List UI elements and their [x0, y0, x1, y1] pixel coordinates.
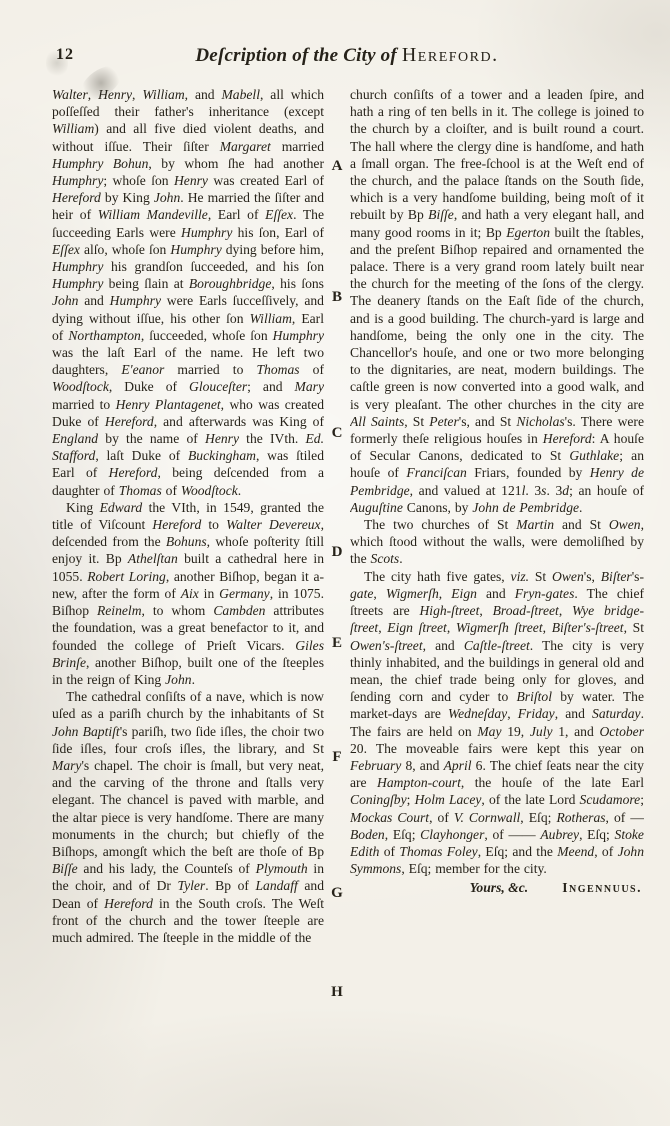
margin-letter-c: C	[332, 425, 343, 442]
margin-letter-h: H	[331, 984, 343, 1001]
paragraph: The cathedral conſiſts of a nave, which …	[52, 688, 324, 946]
page-header: 12 Deſcription of the City of Hereford.	[52, 44, 642, 74]
paragraph: The two churches of St Martin and St Owe…	[350, 516, 644, 568]
right-column: church conſiſts of a tower and a leaden …	[350, 86, 644, 1102]
page-title: Deſcription of the City of Hereford.	[52, 44, 642, 67]
paragraph: King Edward the VIth, in 1549, granted t…	[52, 499, 324, 688]
title-caps-part: Hereford.	[402, 44, 499, 66]
book-page: 12 Deſcription of the City of Hereford. …	[0, 0, 670, 1126]
margin-letter-b: B	[332, 289, 342, 306]
two-column-body: Walter, Henry, William, and Mabell, all …	[52, 86, 644, 1102]
paragraph: church conſiſts of a tower and a leaden …	[350, 86, 644, 516]
margin-letter-a: A	[332, 158, 343, 175]
margin-letter-f: F	[332, 749, 341, 766]
margin-letter-gutter: ABCDEFGH	[324, 86, 350, 1102]
paragraph: Walter, Henry, William, and Mabell, all …	[52, 86, 324, 499]
signature-closing: Yours, &c.	[470, 879, 529, 896]
margin-letter-e: E	[332, 635, 342, 652]
left-column: Walter, Henry, William, and Mabell, all …	[52, 86, 324, 1102]
margin-letter-d: D	[332, 544, 343, 561]
signature-name: Ingennuus.	[562, 879, 642, 896]
margin-letter-g: G	[331, 885, 343, 902]
page-number: 12	[56, 46, 74, 64]
signature-row: Yours, &c. Ingennuus.	[350, 879, 644, 896]
title-italic-part: Deſcription of the City of	[195, 45, 397, 66]
paragraph: The city hath five gates, viz. St Owen's…	[350, 568, 644, 878]
